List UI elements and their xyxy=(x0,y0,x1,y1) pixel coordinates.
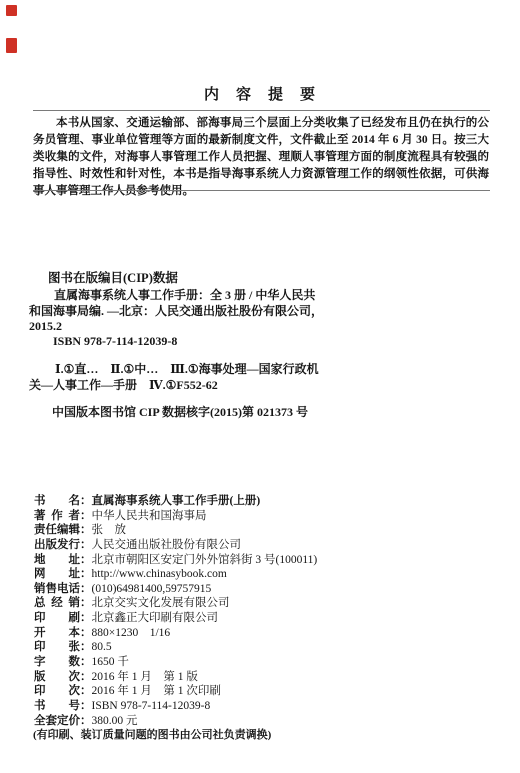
red-annotation-mark-top xyxy=(6,5,17,16)
colophon-row: 书名：直属海事系统人事工作手册(上册) xyxy=(34,494,494,509)
colophon-row: 网址：http://www.chinasybook.com xyxy=(34,567,494,582)
colophon-colon: ： xyxy=(80,612,92,624)
colophon-colon: ： xyxy=(80,495,92,507)
colophon-colon: ： xyxy=(80,510,92,522)
colophon-row: 出版发行：人民交通出版社股份有限公司 xyxy=(34,538,494,553)
colophon-value: 北京市朝阳区安定门外外馆斜街 3 号(100011) xyxy=(92,554,318,566)
colophon-value: (010)64981400,59757915 xyxy=(92,583,212,595)
colophon-row: 地址：北京市朝阳区安定门外外馆斜街 3 号(100011) xyxy=(34,553,494,568)
colophon-value: 2016 年 1 月 第 1 次印刷 xyxy=(92,685,221,697)
colophon-colon: ： xyxy=(80,671,92,683)
colophon-label: 版次 xyxy=(34,670,80,685)
colophon-colon: ： xyxy=(80,700,92,712)
colophon-value: 直属海事系统人事工作手册(上册) xyxy=(92,495,261,507)
colophon-colon: ： xyxy=(80,685,92,697)
colophon-colon: ： xyxy=(80,656,92,668)
colophon-row: 印次：2016 年 1 月 第 1 次印刷 xyxy=(34,684,494,699)
colophon-label: 出版发行 xyxy=(34,538,80,553)
colophon-label: 著作者 xyxy=(34,509,80,524)
colophon-colon: ： xyxy=(80,524,92,536)
cip-heading: 图书在版编目(CIP)数据 xyxy=(48,268,178,286)
cip-classification: Ⅰ.①直… Ⅱ.①中… Ⅲ.①海事处理—国家行政机 关—人事工作—手册 Ⅳ.①F… xyxy=(29,361,339,393)
cip-entry: 直属海事系统人事工作手册：全 3 册 / 中华人民共 和国海事局编. —北京：人… xyxy=(29,288,329,335)
colophon-label: 书名 xyxy=(34,494,80,509)
colophon-row: 版次：2016 年 1 月 第 1 版 xyxy=(34,670,494,685)
colophon-label: 印次 xyxy=(34,684,80,699)
colophon-label: 印张 xyxy=(34,640,80,655)
colophon-row: 总经销：北京交实文化发展有限公司 xyxy=(34,596,494,611)
colophon-value: http://www.chinasybook.com xyxy=(92,568,227,580)
colophon-label: 书号 xyxy=(34,699,80,714)
colophon-value: 北京交实文化发展有限公司 xyxy=(92,597,230,609)
colophon-value: 2016 年 1 月 第 1 版 xyxy=(92,671,198,683)
colophon-colon: ： xyxy=(80,568,92,580)
colophon-colon: ： xyxy=(80,554,92,566)
colophon-row: 著作者：中华人民共和国海事局 xyxy=(34,509,494,524)
colophon-label: 字数 xyxy=(34,655,80,670)
colophon-colon: ： xyxy=(80,627,92,639)
colophon-colon: ： xyxy=(80,583,92,595)
colophon-row: 字数：1650 千 xyxy=(34,655,494,670)
cip-entry-line-2: 和国海事局编. —北京：人民交通出版社股份有限公司， xyxy=(29,304,329,320)
colophon-value: 北京鑫正大印刷有限公司 xyxy=(92,612,219,624)
colophon-label: 责任编辑 xyxy=(34,523,80,538)
colophon-label: 总经销 xyxy=(34,596,80,611)
colophon-value: ISBN 978-7-114-12039-8 xyxy=(92,700,211,712)
colophon-row: 印刷：北京鑫正大印刷有限公司 xyxy=(34,611,494,626)
colophon-value: 80.5 xyxy=(92,641,112,653)
colophon-colon: ： xyxy=(80,641,92,653)
cip-record-number: 中国版本图书馆 CIP 数据核字(2015)第 021373 号 xyxy=(52,403,308,420)
cip-classification-line-2: 关—人事工作—手册 Ⅳ.①F552-62 xyxy=(29,377,339,393)
colophon-colon: ： xyxy=(80,597,92,609)
colophon-value: 880×1230 1/16 xyxy=(92,627,171,639)
summary-bottom-rule xyxy=(33,190,490,191)
colophon-value: 1650 千 xyxy=(92,656,129,668)
colophon-label: 印刷 xyxy=(34,611,80,626)
colophon-colon: ： xyxy=(80,539,92,551)
colophon-row: 责任编辑：张 放 xyxy=(34,523,494,538)
cip-entry-line-3: 2015.2 xyxy=(29,319,329,335)
copyright-page: 内 容 提 要 本书从国家、交通运输部、部海事局三个层面上分类收集了已经发布且仍… xyxy=(0,0,520,773)
cip-classification-line-1: Ⅰ.①直… Ⅱ.①中… Ⅲ.①海事处理—国家行政机 xyxy=(55,361,339,377)
colophon-row: 开本：880×1230 1/16 xyxy=(34,626,494,641)
cip-entry-line-1: 直属海事系统人事工作手册：全 3 册 / 中华人民共 xyxy=(54,288,329,304)
cip-isbn: ISBN 978-7-114-12039-8 xyxy=(53,334,177,349)
colophon-row: 销售电话：(010)64981400,59757915 xyxy=(34,582,494,597)
colophon-label: 开本 xyxy=(34,626,80,641)
colophon-value: 380.00 元 xyxy=(92,715,138,727)
colophon-rows: 书名：直属海事系统人事工作手册(上册) 著作者：中华人民共和国海事局 责任编辑：… xyxy=(34,494,494,728)
summary-top-rule xyxy=(33,110,490,111)
colophon-colon: ： xyxy=(80,715,92,727)
colophon-label: 网址 xyxy=(34,567,80,582)
red-annotation-mark-bottom xyxy=(6,38,17,53)
colophon-label: 地址 xyxy=(34,553,80,568)
colophon-row: 印张：80.5 xyxy=(34,640,494,655)
content-summary-title: 内 容 提 要 xyxy=(0,83,520,104)
colophon-label: 销售电话 xyxy=(34,582,80,597)
content-summary-paragraph: 本书从国家、交通运输部、部海事局三个层面上分类收集了已经发布且仍在执行的公务员管… xyxy=(33,115,489,200)
colophon-value: 中华人民共和国海事局 xyxy=(92,510,207,522)
colophon-value: 张 放 xyxy=(92,524,127,536)
quality-note: (有印刷、装订质量问题的图书由公司社负责调换) xyxy=(33,726,271,742)
colophon-row: 书号：ISBN 978-7-114-12039-8 xyxy=(34,699,494,714)
colophon-value: 人民交通出版社股份有限公司 xyxy=(92,539,242,551)
